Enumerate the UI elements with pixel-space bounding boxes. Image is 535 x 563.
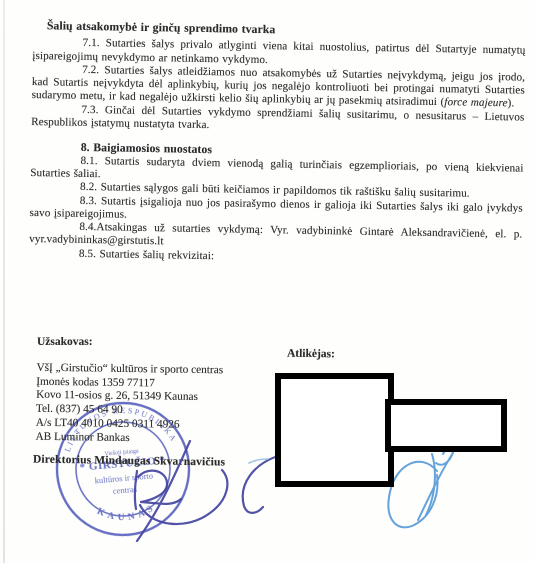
customer-label: Užsakovas: (37, 336, 93, 348)
scan-edge-shadow (3, 0, 5, 563)
stamp-rim-bottom-text: KAUNAS (95, 501, 160, 525)
stray-pen-mark (249, 459, 268, 463)
contractor-signature (388, 447, 453, 527)
customer-bank: AB Luminor Bankas (35, 430, 222, 446)
contractor-label: Atlikėjas: (287, 348, 335, 361)
customer-details: VšĮ „Girstučio“ kultūros ir sporto centr… (35, 362, 223, 447)
svg-text:KAUNAS: KAUNAS (95, 501, 160, 525)
redaction-box-1 (275, 373, 394, 487)
redaction-box-2 (385, 399, 507, 452)
scanned-contract-page: LIETUVOS RESPUBLIKA KAUNAS Viešoji įstai… (0, 0, 535, 563)
contract-text: Šalių atsakomybė ir ginčų sprendimo tvar… (29, 19, 526, 269)
stamp-line2: kultūros ir sporto (94, 470, 153, 485)
clause-7-2-end: ). (507, 98, 514, 110)
force-majeure-italic: force majeure (444, 97, 507, 110)
stamp-line3: centras (112, 484, 137, 496)
